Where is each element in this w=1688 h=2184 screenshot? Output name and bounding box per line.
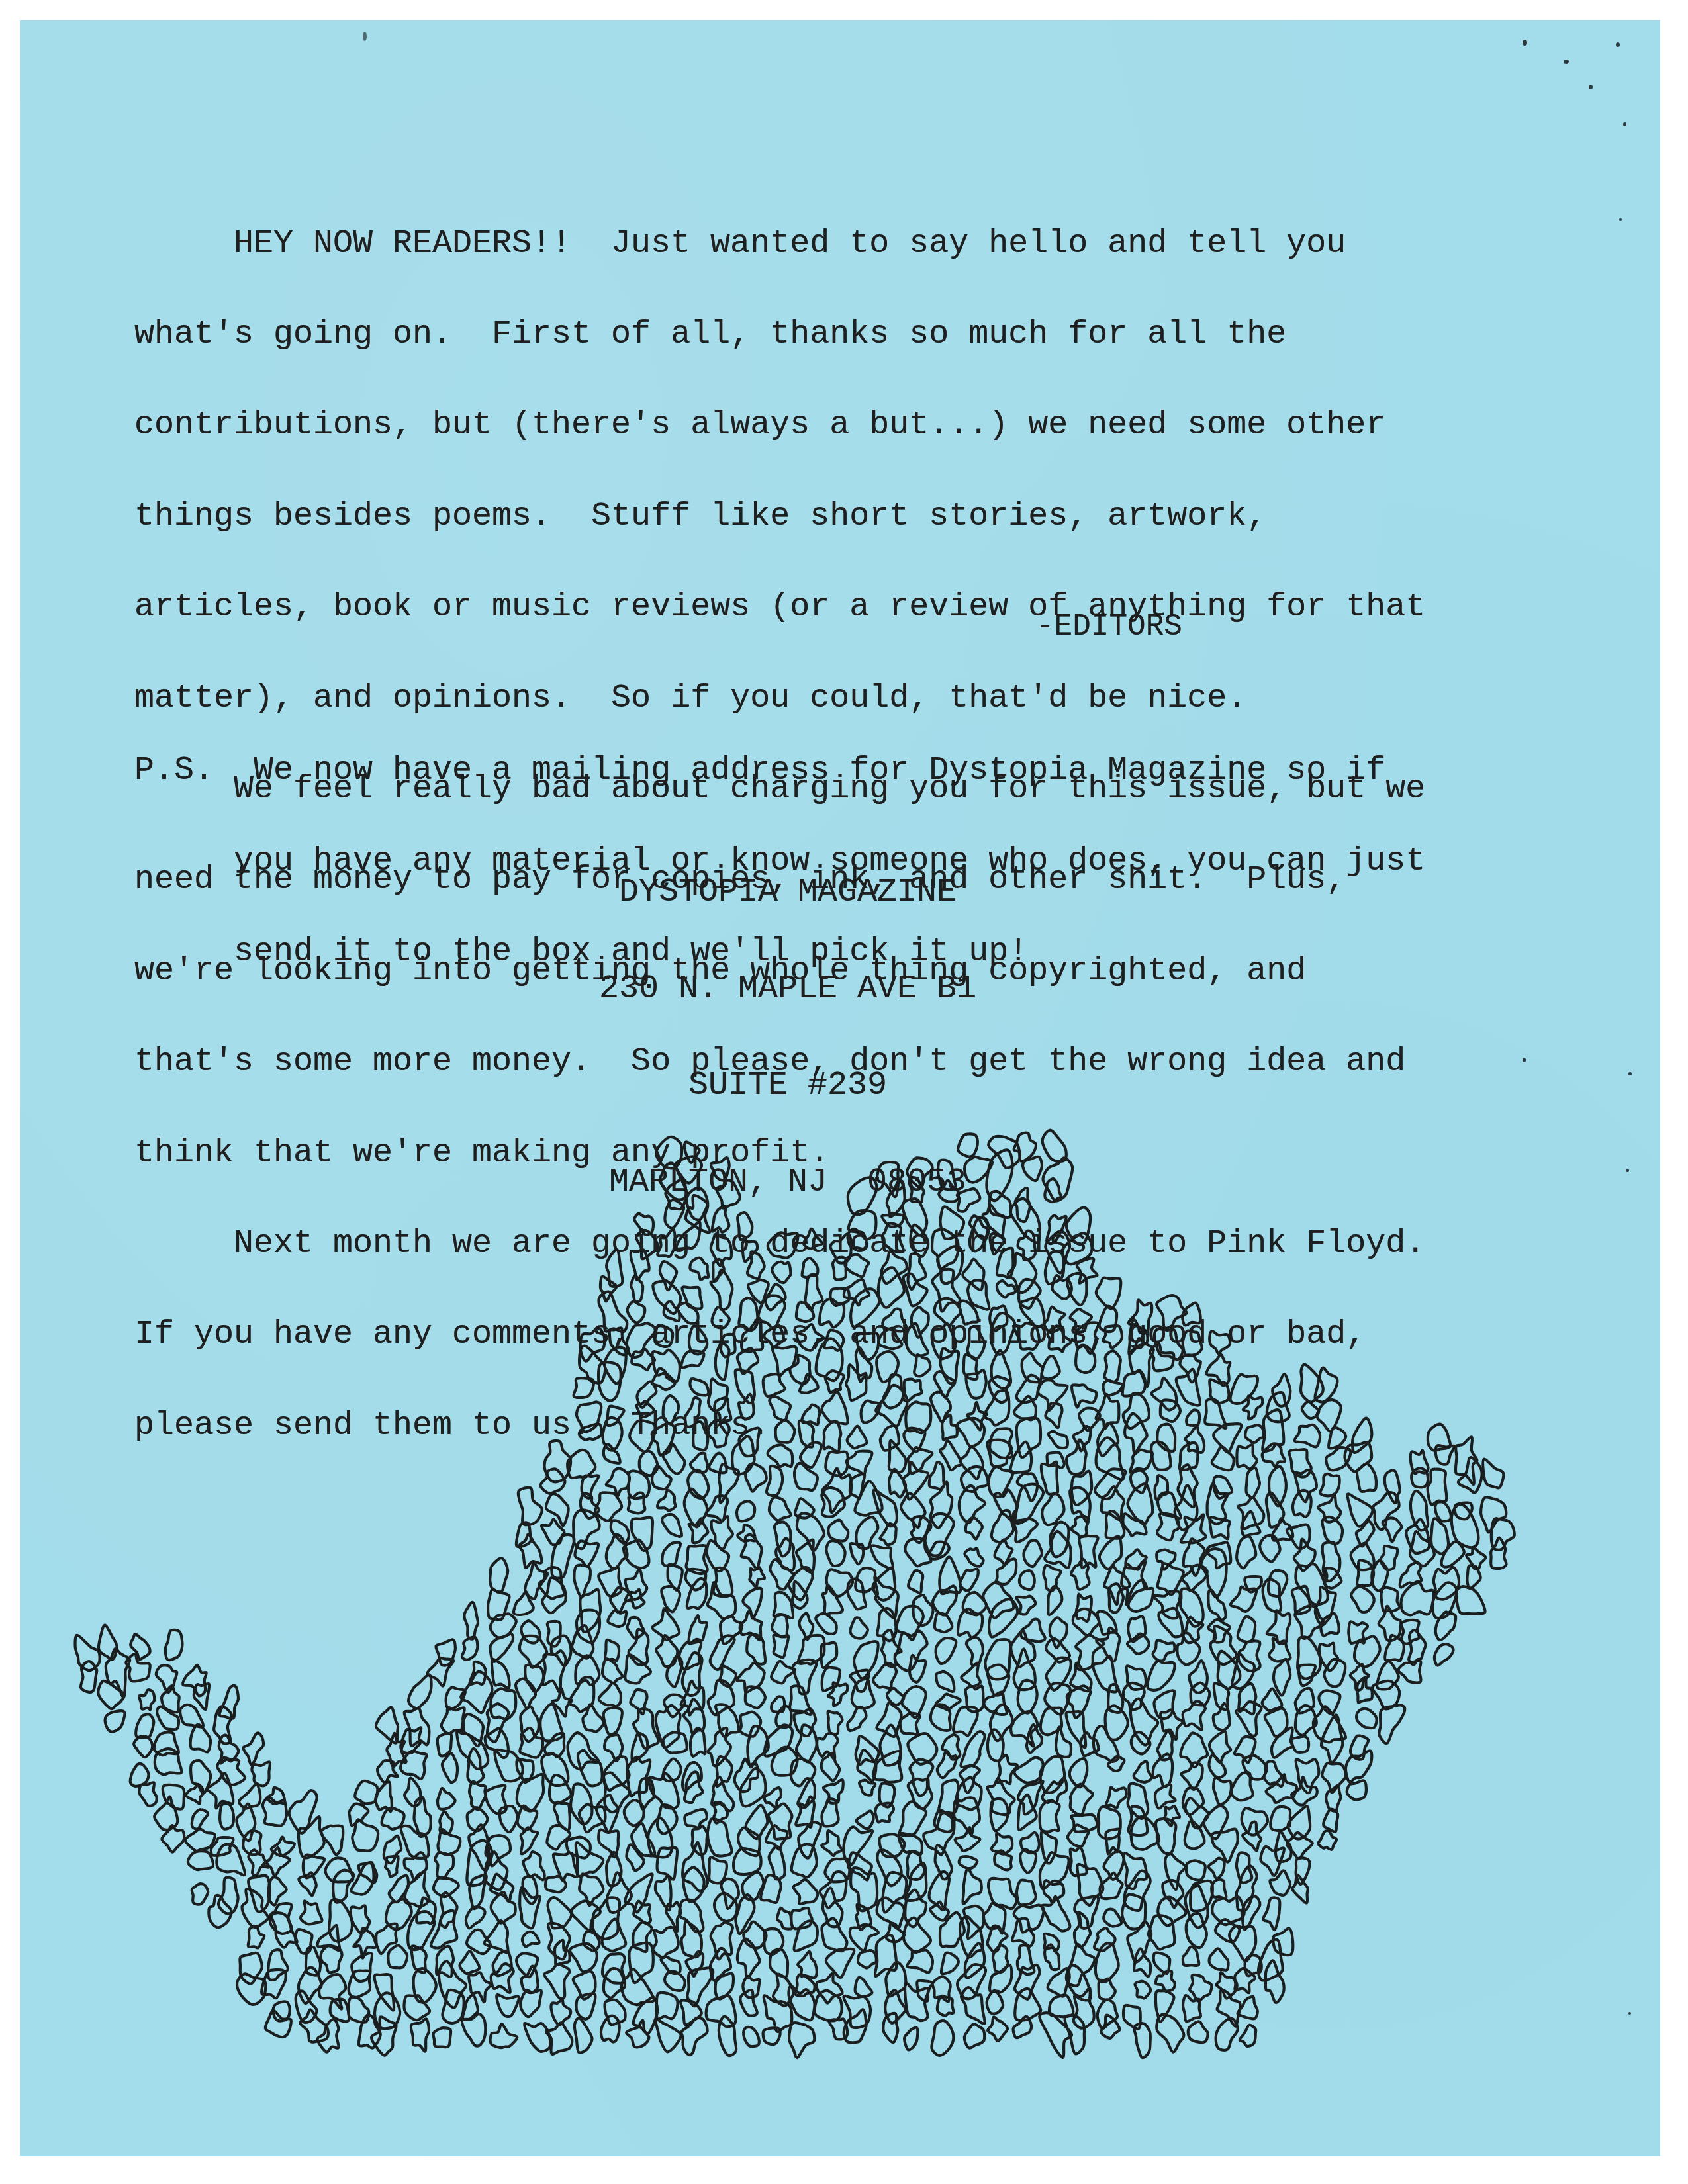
blob-shape [1237, 1866, 1257, 1911]
blob-shape [1019, 1570, 1035, 1590]
blob-shape [520, 1534, 542, 1567]
blob-shape [735, 1895, 754, 1934]
blob-shape [1295, 1425, 1321, 1447]
blob-shape [821, 1919, 847, 1952]
blob-shape [907, 1950, 933, 1972]
blob-shape [1067, 1273, 1086, 1305]
blob-shape [857, 1333, 878, 1359]
blob-shape [299, 1817, 324, 1858]
blob-shape [823, 1421, 841, 1451]
blob-shape [988, 2017, 1008, 2041]
blob-shape [821, 1392, 847, 1424]
blob-shape [966, 1370, 986, 1398]
blob-shape [411, 2019, 429, 2051]
blob-shape [1491, 1538, 1507, 1569]
blob-shape [790, 1355, 810, 1384]
blob-shape [604, 2000, 625, 2025]
blob-shape [1153, 1640, 1175, 1661]
blob-shape [716, 1343, 729, 1380]
blob-shape [983, 1205, 1005, 1236]
blob-shape [941, 1953, 959, 1974]
blob-shape [1151, 1377, 1176, 1410]
blob-shape [377, 1760, 398, 1783]
blob-shape [871, 1545, 893, 1569]
blob-shape [994, 1490, 1017, 1521]
blob-shape [1260, 1535, 1280, 1562]
blob-shape [708, 1379, 727, 1410]
blob-shape [794, 1921, 818, 1951]
blob-shape [1103, 1909, 1121, 1927]
blob-shape [965, 1944, 984, 1978]
blob-shape [1293, 1490, 1311, 1517]
blob-shape [768, 1232, 798, 1257]
blob-shape [792, 1844, 817, 1877]
blob-shape [1356, 1709, 1376, 1728]
blob-shape [1049, 1432, 1068, 1448]
blob-shape [1237, 1536, 1256, 1568]
blob-shape [857, 1811, 874, 1829]
blob-shape [714, 1568, 733, 1597]
blob-shape [1011, 1711, 1037, 1747]
blob-shape [657, 1993, 678, 2019]
blob-shape [966, 1637, 983, 1665]
blob-shape [517, 1774, 543, 1811]
blob-shape [690, 1728, 706, 1756]
blob-shape [957, 1189, 980, 1212]
blob-shape [154, 1797, 177, 1830]
blob-shape [1266, 1492, 1284, 1527]
blob-shape [1329, 1428, 1346, 1449]
blob-shape [1264, 1761, 1284, 1786]
blob-shape [1238, 1617, 1256, 1642]
blob-shape [656, 2019, 681, 2052]
blob-shape [1357, 1464, 1376, 1492]
blob-shape [875, 1935, 896, 1976]
blob-shape [1186, 1913, 1207, 1948]
blob-shape [745, 1686, 765, 1708]
blob-shape [1070, 1784, 1093, 1815]
blob-shape [1274, 1659, 1290, 1696]
blob-shape [932, 1229, 959, 1269]
blob-shape [908, 1779, 932, 1809]
blob-shape [931, 2021, 953, 2056]
blob-shape [569, 1677, 594, 1711]
blob-shape [1165, 1854, 1186, 1889]
blob-shape [1043, 1130, 1066, 1161]
blob-shape [1017, 1880, 1036, 1905]
blob-shape [955, 1827, 980, 1851]
blob-shape [657, 1490, 675, 1510]
blob-shape [962, 1259, 984, 1290]
blob-shape [459, 1951, 479, 1974]
blob-shape [1156, 2015, 1184, 2052]
blob-shape [936, 1672, 954, 1692]
blob-shape [933, 1586, 957, 1615]
blob-shape [352, 1819, 378, 1850]
blob-shape [633, 1922, 652, 1952]
blob-shape [932, 1324, 956, 1359]
blob-shape [577, 1610, 600, 1643]
blob-shape [546, 2023, 572, 2054]
blob-shape [165, 1630, 183, 1660]
blob-shape [1209, 1948, 1229, 1970]
blob-shape [1190, 1975, 1211, 2001]
blob-shape [596, 1795, 618, 1832]
blob-shape [716, 1180, 739, 1208]
blob-shape [401, 1826, 429, 1858]
blob-shape [438, 1788, 455, 1809]
blob-shape [828, 1682, 847, 1706]
blob-shape [575, 2018, 592, 2053]
blob-shape [516, 1679, 536, 1709]
blob-shape [1183, 1995, 1201, 2021]
blob-shape [850, 1617, 868, 1638]
blob-shape [75, 1635, 100, 1670]
blob-shape [693, 1422, 708, 1450]
blob-shape [1070, 1758, 1088, 1787]
blob-shape [551, 1535, 574, 1578]
blob-shape [265, 2011, 291, 2038]
blob-shape [914, 1355, 930, 1377]
blob-shape [1347, 1780, 1366, 1799]
blob-shape [657, 1229, 675, 1257]
blob-shape [851, 1868, 877, 1911]
blob-shape [900, 1801, 926, 1836]
blob-shape [578, 1751, 602, 1786]
blob-shape [575, 1655, 599, 1685]
blob-shape [963, 1868, 982, 1903]
blob-shape [567, 1837, 590, 1858]
blob-shape [708, 1420, 729, 1447]
blob-shape [1181, 1762, 1202, 1790]
blob-shape [1079, 1536, 1098, 1568]
blob-shape [1190, 1881, 1213, 1911]
blob-shape [771, 1661, 795, 1683]
blob-shape [848, 1177, 877, 1214]
blob-shape [1068, 1825, 1089, 1846]
blob-shape [991, 1313, 1015, 1355]
blob-shape [608, 1611, 626, 1627]
blob-shape [794, 1463, 818, 1491]
blob-shape [1135, 1981, 1150, 1999]
blob-shape [607, 1406, 624, 1426]
blob-shape [815, 1991, 842, 2021]
blob-shape [306, 1947, 320, 1976]
blob-shape [522, 1932, 539, 1947]
blob-shape [545, 1876, 566, 1893]
blob-shape [321, 1825, 343, 1854]
blob-shape [1104, 1351, 1120, 1382]
blob-shape [271, 1913, 297, 1947]
blob-shape [1398, 1661, 1421, 1683]
blob-shape [1354, 1636, 1380, 1666]
blob-shape [349, 1804, 368, 1826]
blob-shape [961, 1731, 984, 1767]
blob-shape [1213, 1704, 1230, 1730]
blob-shape [1209, 1858, 1225, 1879]
blob-shape [105, 1711, 125, 1731]
blob-shape [1380, 1546, 1397, 1570]
blob-shape [1262, 1410, 1284, 1451]
blob-shape [740, 1990, 757, 2016]
blob-shape [1435, 1502, 1451, 1521]
blob-shape [997, 1248, 1013, 1278]
blob-shape [574, 1565, 590, 1598]
blob-shape [719, 2017, 736, 2056]
blob-shape [248, 1926, 265, 1948]
blob-shape [289, 1790, 317, 1833]
blob-shape [1109, 1584, 1123, 1612]
blob-shape [300, 2009, 328, 2042]
blob-shape [662, 1514, 682, 1537]
blob-shape [1209, 1331, 1230, 1353]
blob-shape [923, 1813, 954, 1854]
blob-shape [996, 1559, 1017, 1584]
blob-shape [883, 2013, 898, 2042]
blob-shape [1209, 1732, 1231, 1762]
blob-shape [984, 1390, 1009, 1426]
blob-shape [1273, 1929, 1293, 1956]
blob-shape [711, 1158, 729, 1180]
blob-shape [99, 1625, 117, 1660]
blob-shape [1409, 1630, 1425, 1665]
blob-shape [521, 1621, 539, 1643]
blob-shape [462, 2014, 485, 2046]
blob-shape [575, 1541, 598, 1567]
blob-shape [492, 1659, 510, 1688]
blob-shape [263, 1848, 290, 1876]
blob-shape [1483, 1459, 1503, 1488]
blob-shape [960, 1766, 980, 1793]
blob-shape [773, 1635, 788, 1657]
blob-shape [772, 1261, 790, 1283]
blob-shape [825, 1451, 847, 1475]
blob-shape [518, 1488, 542, 1525]
blob-shape [997, 1281, 1015, 1297]
blob-shape [1272, 1727, 1293, 1757]
blob-shape [1406, 1519, 1429, 1553]
blob-shape [858, 1950, 876, 1968]
blob-shape [1177, 1633, 1199, 1664]
blob-shape [1231, 1772, 1253, 1801]
blob-shape [958, 1134, 978, 1156]
blob-shape [602, 1659, 622, 1683]
blob-shape [816, 1614, 836, 1634]
blob-shape [902, 1199, 927, 1235]
blob-shape [1014, 1758, 1043, 1783]
blob-shape [739, 1394, 754, 1419]
blob-shape [435, 1852, 453, 1878]
blob-shape [735, 1759, 758, 1792]
blob-shape [737, 1501, 755, 1521]
blob-shape [987, 1991, 1004, 2014]
blob-shape [708, 1819, 732, 1856]
blob-shape [632, 1518, 653, 1551]
blob-shape [1015, 1188, 1030, 1222]
blob-shape [551, 1999, 571, 2025]
blob-shape [595, 1492, 622, 1521]
blob-shape [301, 1901, 322, 1924]
blob-shape [1383, 1518, 1402, 1541]
blob-shape [404, 1708, 430, 1746]
blob-shape [359, 2015, 381, 2048]
blob-shape [467, 1749, 483, 1784]
blob-shape [990, 1965, 1011, 1992]
blob-shape [1262, 1444, 1285, 1467]
blob-shape [1066, 1207, 1090, 1244]
blob-shape [1158, 1563, 1184, 1594]
blob-shape [877, 1162, 898, 1197]
blob-shape [1016, 1596, 1035, 1615]
blob-shape [604, 1347, 626, 1384]
blob-shape [1071, 1559, 1089, 1590]
blob-shape [711, 1923, 733, 1960]
blob-shape [191, 1724, 211, 1752]
blob-shape [624, 1800, 644, 1826]
blob-shape [684, 1772, 703, 1803]
blob-shape [1038, 1380, 1067, 1410]
blob-shape [1237, 1445, 1256, 1469]
blob-shape [936, 1638, 957, 1664]
blob-shape [484, 1921, 508, 1952]
blob-shape [856, 1347, 872, 1382]
blob-shape [598, 1568, 622, 1596]
blob-shape [599, 1683, 621, 1707]
blob-shape [822, 1667, 840, 1691]
blob-shape [404, 1778, 420, 1806]
blob-shape [136, 1714, 154, 1737]
blob-shape [1442, 1541, 1464, 1567]
blob-shape [462, 1637, 478, 1660]
blob-shape [130, 1764, 149, 1786]
blob-shape [1320, 1474, 1339, 1496]
blob-shape [1208, 1590, 1225, 1620]
blob-shape [333, 1870, 353, 1903]
blob-shape [1245, 1425, 1264, 1443]
blob-shape [961, 1987, 984, 2024]
blob-shape [524, 2023, 550, 2052]
blob-shape [1428, 1469, 1447, 1505]
blob-shape [793, 1880, 818, 1904]
blob-shape [855, 1978, 872, 1997]
blob-shape [1023, 1541, 1042, 1567]
blob-shape [1434, 1644, 1454, 1665]
blob-shape [469, 1972, 491, 2002]
blob-shape [966, 1518, 982, 1539]
blob-shape [351, 1863, 373, 1895]
blob-shape [942, 1415, 957, 1440]
blob-shape [1056, 1727, 1071, 1757]
blob-shape [1156, 1295, 1186, 1328]
blob-shape [1103, 1851, 1123, 1880]
blob-shape [1072, 1385, 1096, 1407]
blob-shape [628, 1301, 645, 1322]
blob-shape [1188, 2021, 1208, 2042]
blob-shape [408, 1674, 431, 1708]
blob-shape [663, 1759, 681, 1781]
blob-shape [1102, 1486, 1124, 1520]
blob-shape [469, 1782, 486, 1809]
blob-shape [263, 1797, 287, 1826]
blob-shape [964, 1548, 983, 1566]
blob-shape [771, 1696, 784, 1712]
blob-shape [828, 1520, 848, 1541]
blob-shape [1098, 1423, 1118, 1456]
blob-shape [904, 2028, 917, 2050]
blob-shape [769, 1396, 790, 1420]
blob-shape [1134, 1762, 1152, 1782]
blob-shape [1039, 2013, 1072, 2058]
blob-shape [663, 1732, 686, 1752]
blob-shape [1183, 1331, 1202, 1356]
blob-shape [1238, 1997, 1258, 2019]
blob-shape [767, 1466, 782, 1496]
blob-shape [797, 1324, 824, 1351]
blob-shape [546, 1494, 569, 1525]
blob-shape [821, 1753, 840, 1781]
blob-shape [1023, 1157, 1042, 1181]
blob-shape [937, 1752, 957, 1778]
blob-shape [887, 1181, 905, 1217]
blob-shape [1215, 1919, 1239, 1942]
blob-shape [690, 1379, 708, 1395]
blob-shape [741, 1318, 763, 1352]
blob-shape [960, 1569, 978, 1590]
blob-shape [883, 1374, 904, 1408]
blob-shape [768, 1445, 792, 1467]
blob-shape [1159, 1608, 1183, 1637]
blob-shape [770, 1949, 788, 1976]
blob-shape [491, 2024, 518, 2048]
blob-shape [329, 1899, 352, 1941]
blob-shape [743, 1976, 759, 1997]
blob-shape [1216, 2019, 1238, 2050]
blob-shape [690, 1258, 708, 1280]
blob-shape [983, 1903, 1005, 1934]
blob-shape [826, 1541, 845, 1566]
blob-shape [1267, 1392, 1289, 1422]
blob-shape [626, 1844, 643, 1870]
blob-shape [847, 1426, 867, 1449]
blob-shape [792, 1582, 808, 1608]
blob-shape [737, 1212, 752, 1240]
blob-shape [1098, 1807, 1121, 1839]
blob-shape [1266, 1961, 1284, 2003]
blob-shape [547, 1621, 561, 1647]
blob-shape [1154, 1690, 1174, 1719]
blob-shape [192, 1809, 208, 1829]
blob-shape [688, 1615, 707, 1644]
blob-shape [1017, 1418, 1041, 1457]
blob-shape [662, 1543, 680, 1566]
blob-shape [1155, 1475, 1168, 1500]
blob-shape [1016, 1375, 1039, 1403]
blob-shape [1123, 1683, 1145, 1710]
blob-shape [570, 1944, 597, 1972]
blob-shape [1326, 1786, 1340, 1811]
blob-shape [904, 1918, 931, 1953]
blob-shape [1400, 1563, 1421, 1588]
blob-shape [1155, 1785, 1176, 1809]
blob-shape [583, 1931, 600, 1950]
blob-shape [769, 1498, 791, 1521]
blob-shape [1297, 1637, 1321, 1678]
blob-shape [1022, 1353, 1043, 1382]
blob-shape [321, 1946, 342, 1973]
blob-shape [1351, 1587, 1374, 1612]
blob-shape [1213, 1778, 1231, 1804]
blob-shape [1043, 1158, 1073, 1201]
